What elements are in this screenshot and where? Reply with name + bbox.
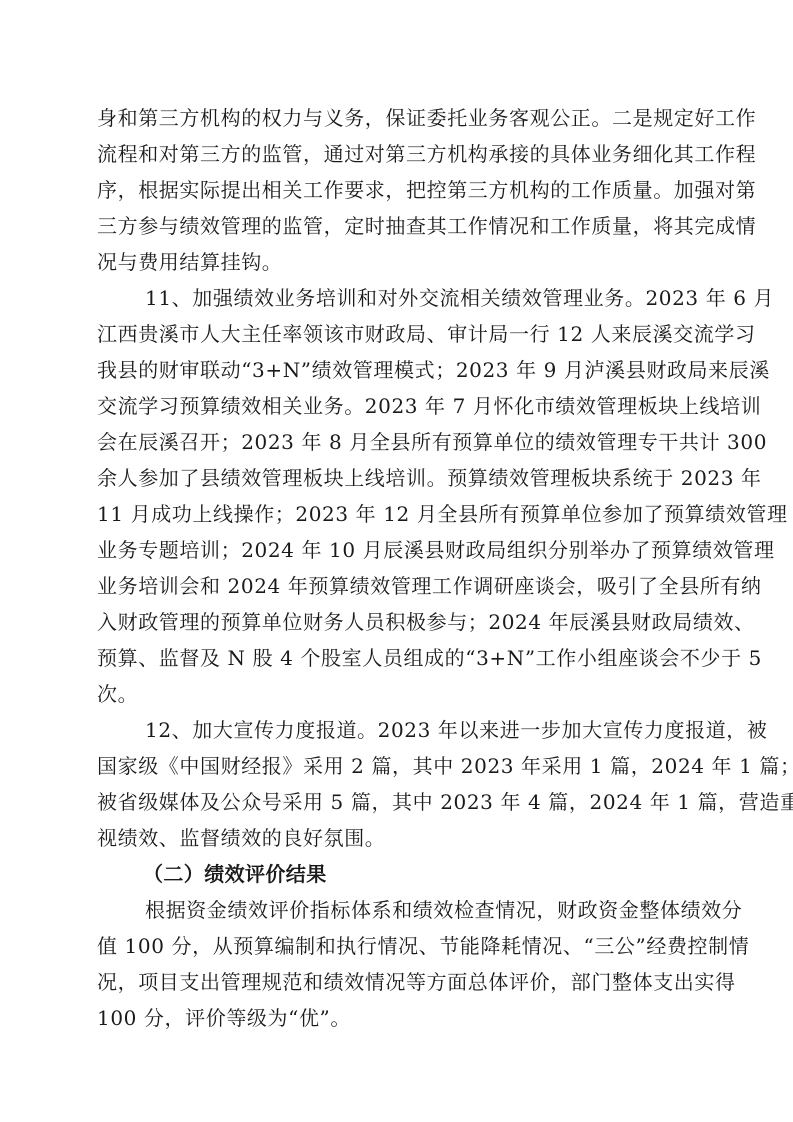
text-line: 值 100 分，从预算编制和执行情况、节能降耗情况、“三公”经费控制情 bbox=[97, 928, 701, 964]
text-line: 11 月成功上线操作；2023 年 12 月全县所有预算单位参加了预算绩效管理 bbox=[97, 496, 701, 532]
text-line: 被省级媒体及公众号采用 5 篇，其中 2023 年 4 篇，2024 年 1 篇… bbox=[97, 784, 701, 820]
text-line: 流程和对第三方的监管，通过对第三方机构承接的具体业务细化其工作程 bbox=[97, 136, 701, 172]
text-line: 12、加大宣传力度报道。2023 年以来进一步加大宣传力度报道，被 bbox=[97, 712, 701, 748]
paragraph-item-11: 11、加强绩效业务培训和对外交流相关绩效管理业务。2023 年 6 月 江西贵溪… bbox=[97, 280, 701, 712]
text-line: 我县的财审联动“3+N”绩效管理模式；2023 年 9 月泸溪县财政局来辰溪 bbox=[97, 352, 701, 388]
text-line: 会在辰溪召开；2023 年 8 月全县所有预算单位的绩效管理专干共计 300 bbox=[97, 424, 701, 460]
paragraph-item-12: 12、加大宣传力度报道。2023 年以来进一步加大宣传力度报道，被 国家级《中国… bbox=[97, 712, 701, 856]
text-line: 江西贵溪市人大主任率领该市财政局、审计局一行 12 人来辰溪交流学习 bbox=[97, 316, 701, 352]
text-line: 入财政管理的预算单位财务人员积极参与；2024 年辰溪县财政局绩效、 bbox=[97, 604, 701, 640]
text-line: 预算、监督及 N 股 4 个股室人员组成的“3+N”工作小组座谈会不少于 5 bbox=[97, 640, 701, 676]
text-line: 国家级《中国财经报》采用 2 篇，其中 2023 年采用 1 篇，2024 年 … bbox=[97, 748, 701, 784]
text-line: 100 分，评价等级为“优”。 bbox=[97, 1000, 701, 1036]
document-page: 身和第三方机构的权力与义务，保证委托业务客观公正。二是规定好工作 流程和对第三方… bbox=[97, 100, 701, 1036]
text-line: 三方参与绩效管理的监管，定时抽查其工作情况和工作质量，将其完成情 bbox=[97, 208, 701, 244]
text-line: 序，根据实际提出相关工作要求，把控第三方机构的工作质量。加强对第 bbox=[97, 172, 701, 208]
section-heading: （二）绩效评价结果 bbox=[97, 856, 701, 892]
paragraph-continuation: 身和第三方机构的权力与义务，保证委托业务客观公正。二是规定好工作 流程和对第三方… bbox=[97, 100, 701, 280]
text-line: 余人参加了县绩效管理板块上线培训。预算绩效管理板块系统于 2023 年 bbox=[97, 460, 701, 496]
text-line: 身和第三方机构的权力与义务，保证委托业务客观公正。二是规定好工作 bbox=[97, 100, 701, 136]
text-line: 11、加强绩效业务培训和对外交流相关绩效管理业务。2023 年 6 月 bbox=[97, 280, 701, 316]
text-line: 根据资金绩效评价指标体系和绩效检查情况，财政资金整体绩效分 bbox=[97, 892, 701, 928]
text-line: 次。 bbox=[97, 676, 701, 712]
text-line: 交流学习预算绩效相关业务。2023 年 7 月怀化市绩效管理板块上线培训 bbox=[97, 388, 701, 424]
text-line: 况，项目支出管理规范和绩效情况等方面总体评价，部门整体支出实得 bbox=[97, 964, 701, 1000]
paragraph-result: 根据资金绩效评价指标体系和绩效检查情况，财政资金整体绩效分 值 100 分，从预… bbox=[97, 892, 701, 1036]
text-line: 业务培训会和 2024 年预算绩效管理工作调研座谈会，吸引了全县所有纳 bbox=[97, 568, 701, 604]
text-line: 况与费用结算挂钩。 bbox=[97, 244, 701, 280]
text-line: 视绩效、监督绩效的良好氛围。 bbox=[97, 820, 701, 856]
text-line: 业务专题培训；2024 年 10 月辰溪县财政局组织分别举办了预算绩效管理 bbox=[97, 532, 701, 568]
